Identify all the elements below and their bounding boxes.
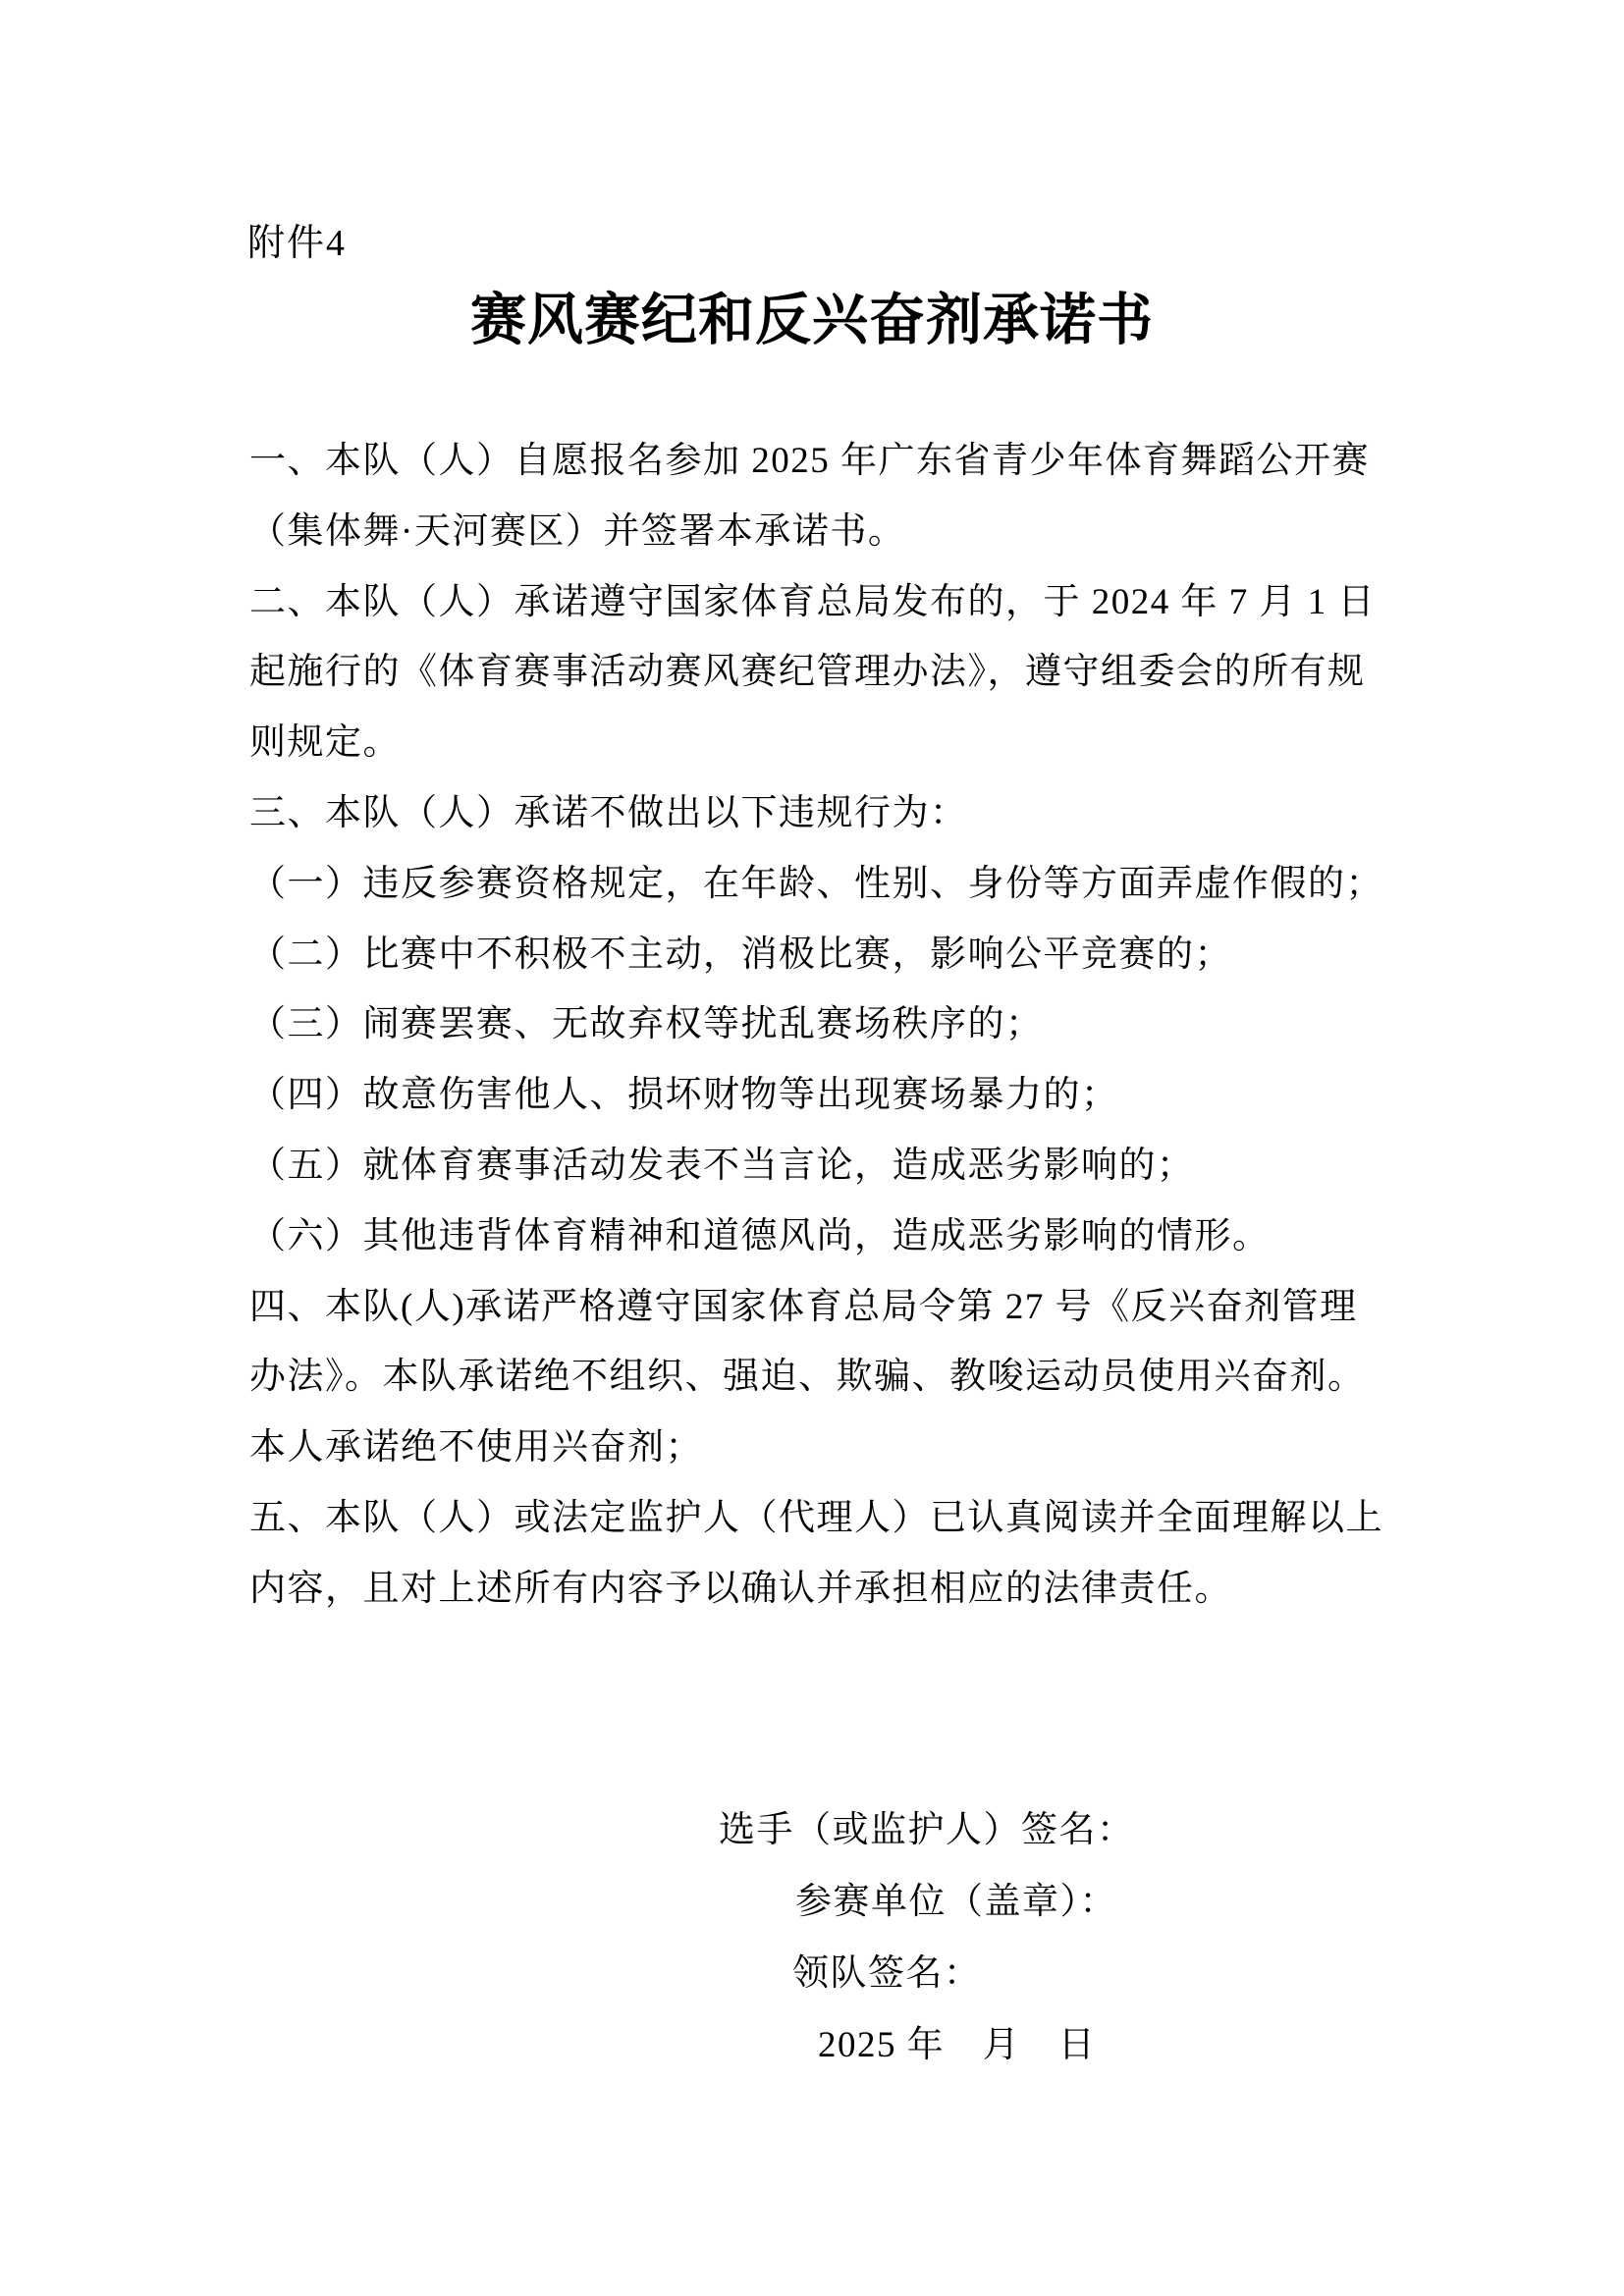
body-line-16: 五、本队（人）或法定监护人（代理人）已认真阅读并全面理解以上 xyxy=(249,1483,1379,1554)
body-line-9: （三）闹赛罢赛、无故弃权等扰乱赛场秩序的； xyxy=(249,989,1379,1060)
document-title: 赛风赛纪和反兴奋剂承诺书 xyxy=(0,289,1624,351)
signature-line-athlete-guardian: 选手（或监护人）签名： xyxy=(719,1808,1135,1853)
body-line-15: 本人承诺绝不使用兴奋剂； xyxy=(249,1413,1379,1483)
attachment-label: 附件4 xyxy=(247,222,347,265)
document-body: 一、本队（人）自愿报名参加 2025 年广东省青少年体育舞蹈公开赛 （集体舞·天… xyxy=(249,426,1379,1625)
body-line-11: （五）就体育赛事活动发表不当言论，造成恶劣影响的； xyxy=(249,1131,1379,1201)
body-line-17: 内容，且对上述所有内容予以确认并承担相应的法律责任。 xyxy=(249,1554,1379,1625)
body-line-6: 三、本队（人）承诺不做出以下违规行为： xyxy=(249,778,1379,849)
signature-line-team-leader: 领队签名： xyxy=(792,1951,982,1997)
signature-line-date: 2025 年 月 日 xyxy=(818,2023,1096,2068)
body-line-10: （四）故意伤害他人、损坏财物等出现赛场暴力的； xyxy=(249,1060,1379,1131)
body-line-8: （二）比赛中不积极不主动，消极比赛，影响公平竞赛的； xyxy=(249,920,1379,990)
document-page: 附件4 赛风赛纪和反兴奋剂承诺书 一、本队（人）自愿报名参加 2025 年广东省… xyxy=(0,0,1624,2296)
body-line-7: （一）违反参赛资格规定，在年龄、性别、身份等方面弄虚作假的； xyxy=(249,849,1379,920)
body-line-12: （六）其他违背体育精神和道德风尚，造成恶劣影响的情形。 xyxy=(249,1201,1379,1272)
body-line-2: （集体舞·天河赛区）并签署本承诺书。 xyxy=(249,497,1379,567)
body-line-14: 办法》。本队承诺绝不组织、强迫、欺骗、教唆运动员使用兴奋剂。 xyxy=(249,1342,1379,1413)
body-line-5: 则规定。 xyxy=(249,708,1379,778)
body-line-4: 起施行的《体育赛事活动赛风赛纪管理办法》，遵守组委会的所有规 xyxy=(249,637,1379,708)
body-line-1: 一、本队（人）自愿报名参加 2025 年广东省青少年体育舞蹈公开赛 xyxy=(249,426,1379,497)
signature-line-unit-seal: 参赛单位（盖章）： xyxy=(795,1880,1117,1925)
body-line-3: 二、本队（人）承诺遵守国家体育总局发布的，于 2024 年 7 月 1 日 xyxy=(249,567,1379,638)
body-line-13: 四、本队(人)承诺严格遵守国家体育总局令第 27 号《反兴奋剂管理 xyxy=(249,1272,1379,1343)
